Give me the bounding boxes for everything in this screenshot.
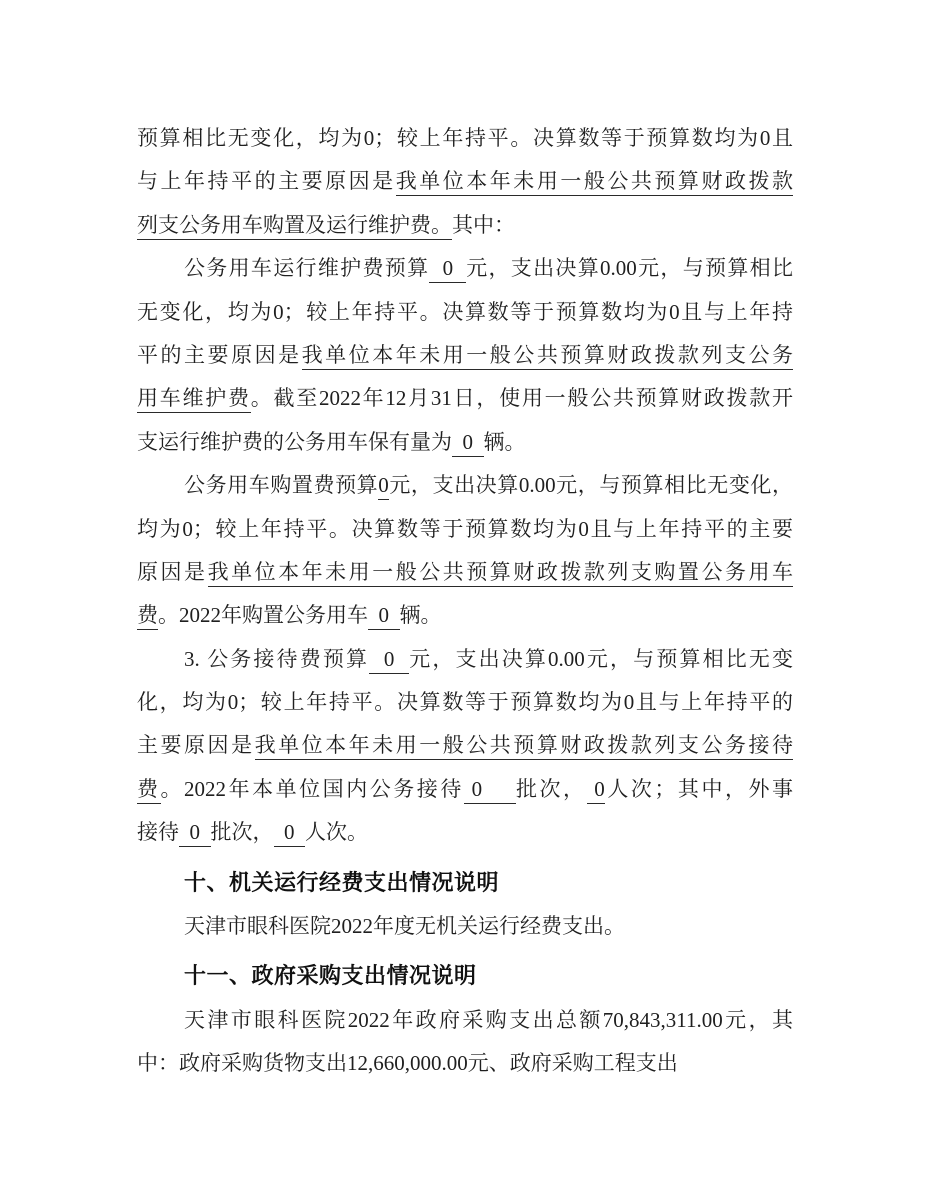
text-segment: 主要原因是 xyxy=(137,733,255,757)
text-segment: 元，支出决算0.00元，与预算相比无变 xyxy=(409,647,793,671)
text-line: 公务用车运行维护费预算 0 元，支出决算0.00元，与预算相比 xyxy=(137,247,793,290)
text-segment: 平的主要原因是 xyxy=(137,343,302,367)
text-segment: 公务用车购置费预算 xyxy=(184,473,378,497)
underlined-text: 0 xyxy=(274,820,306,847)
underlined-text: 我单位本年未用一般公共预算财政拨款列支公务接待 xyxy=(255,733,793,760)
underlined-text: 0 xyxy=(587,777,605,804)
underlined-text: 我单位本年未用一般公共预算财政拨款 xyxy=(396,169,793,196)
underlined-text: 0 xyxy=(452,430,484,457)
text-segment: 辆。 xyxy=(484,430,526,454)
document-page: 预算相比无变化，均为0；较上年持平。决算数等于预算数均为0且与上年持平的主要原因… xyxy=(0,0,927,1200)
underlined-text: 用车维护费 xyxy=(137,386,251,413)
text-segment: 元，支出决算0.00元，与预算相比无变化， xyxy=(389,473,793,497)
text-line: 无变化，均为0；较上年持平。决算数等于预算数均为0且与上年持 xyxy=(137,291,793,334)
text-line: 天津市眼科医院2022年度无机关运行经费支出。 xyxy=(137,905,793,948)
text-segment: 人次；其中，外事 xyxy=(605,777,793,801)
text-segment: 元，支出决算0.00元，与预算相比 xyxy=(466,256,793,280)
underlined-text: 0 xyxy=(429,256,466,283)
underlined-text: 0 xyxy=(369,647,409,674)
text-segment: 均为0；较上年持平。决算数等于预算数均为0且与上年持平的主要 xyxy=(137,517,793,541)
text-segment: 批次， xyxy=(211,820,274,844)
underlined-text: 0 xyxy=(368,603,400,630)
text-line: 用车维护费。截至2022年12月31日，使用一般公共预算财政拨款开 xyxy=(137,377,793,420)
text-line: 原因是我单位本年未用一般公共预算财政拨款列支购置公务用车 xyxy=(137,551,793,594)
underlined-text: 0 xyxy=(378,473,389,500)
text-segment: 3. 公务接待费预算 xyxy=(184,647,369,671)
section-heading: 十一、政府采购支出情况说明 xyxy=(137,954,793,997)
text-line: 平的主要原因是我单位本年未用一般公共预算财政拨款列支公务 xyxy=(137,334,793,377)
underlined-text: 我单位本年未用一般公共预算财政拨款列支公务 xyxy=(302,343,793,370)
text-segment: 。2022年购置公务用车 xyxy=(158,603,368,627)
document-viewport: { "page": { "background": "#ffffff", "te… xyxy=(0,0,927,1200)
text-line: 中：政府采购货物支出12,660,000.00元、政府采购工程支出 xyxy=(137,1042,793,1085)
text-segment: 公务用车运行维护费预算 xyxy=(184,256,429,280)
underlined-text: 0 xyxy=(179,820,211,847)
text-segment: 接待 xyxy=(137,820,179,844)
text-segment: 原因是 xyxy=(137,560,208,584)
text-line: 费。2022年本单位国内公务接待 0 批次， 0人次；其中，外事 xyxy=(137,768,793,811)
text-line: 与上年持平的主要原因是我单位本年未用一般公共预算财政拨款 xyxy=(137,160,793,203)
text-segment: 十一、政府采购支出情况说明 xyxy=(184,963,477,988)
text-segment: 支运行维护费的公务用车保有量为 xyxy=(137,430,452,454)
underlined-text: 列支公务用车购置及运行维护费。 xyxy=(137,213,452,240)
text-segment: 天津市眼科医院2022年政府采购支出总额70,843,311.00元，其 xyxy=(184,1008,793,1032)
text-line: 预算相比无变化，均为0；较上年持平。决算数等于预算数均为0且 xyxy=(137,117,793,160)
section-heading: 十、机关运行经费支出情况说明 xyxy=(137,861,793,904)
text-segment: 。2022年本单位国内公务接待 xyxy=(161,777,464,801)
text-segment: 化，均为0；较上年持平。决算数等于预算数均为0且与上年持平的 xyxy=(137,690,793,714)
text-segment: 。截至2022年12月31日，使用一般公共预算财政拨款开 xyxy=(251,386,793,410)
text-segment: 批次， xyxy=(516,777,587,801)
text-segment: 其中： xyxy=(452,213,515,237)
text-line: 3. 公务接待费预算 0 元，支出决算0.00元，与预算相比无变 xyxy=(137,638,793,681)
text-line: 天津市眼科医院2022年政府采购支出总额70,843,311.00元，其 xyxy=(137,999,793,1042)
text-line: 均为0；较上年持平。决算数等于预算数均为0且与上年持平的主要 xyxy=(137,508,793,551)
text-segment: 人次。 xyxy=(305,820,368,844)
underlined-text: 我单位本年未用一般公共预算财政拨款列支购置公务用车 xyxy=(208,560,793,587)
text-segment: 天津市眼科医院2022年度无机关运行经费支出。 xyxy=(184,914,625,938)
text-line: 支运行维护费的公务用车保有量为 0 辆。 xyxy=(137,421,793,464)
text-segment: 与上年持平的主要原因是 xyxy=(137,169,396,193)
text-segment: 十、机关运行经费支出情况说明 xyxy=(184,870,499,895)
text-line: 公务用车购置费预算0元，支出决算0.00元，与预算相比无变化， xyxy=(137,464,793,507)
text-line: 列支公务用车购置及运行维护费。其中： xyxy=(137,204,793,247)
text-segment: 预算相比无变化，均为0；较上年持平。决算数等于预算数均为0且 xyxy=(137,126,793,150)
text-segment: 无变化，均为0；较上年持平。决算数等于预算数均为0且与上年持 xyxy=(137,300,793,324)
underlined-text: 0 xyxy=(464,777,516,804)
text-segment: 中：政府采购货物支出12,660,000.00元、政府采购工程支出 xyxy=(137,1051,678,1075)
text-line: 接待 0 批次， 0 人次。 xyxy=(137,811,793,854)
text-line: 化，均为0；较上年持平。决算数等于预算数均为0且与上年持平的 xyxy=(137,681,793,724)
underlined-text: 费 xyxy=(137,777,161,804)
text-line: 费。2022年购置公务用车 0 辆。 xyxy=(137,594,793,637)
text-segment: 辆。 xyxy=(400,603,442,627)
text-line: 主要原因是我单位本年未用一般公共预算财政拨款列支公务接待 xyxy=(137,724,793,767)
underlined-text: 费 xyxy=(137,603,158,630)
